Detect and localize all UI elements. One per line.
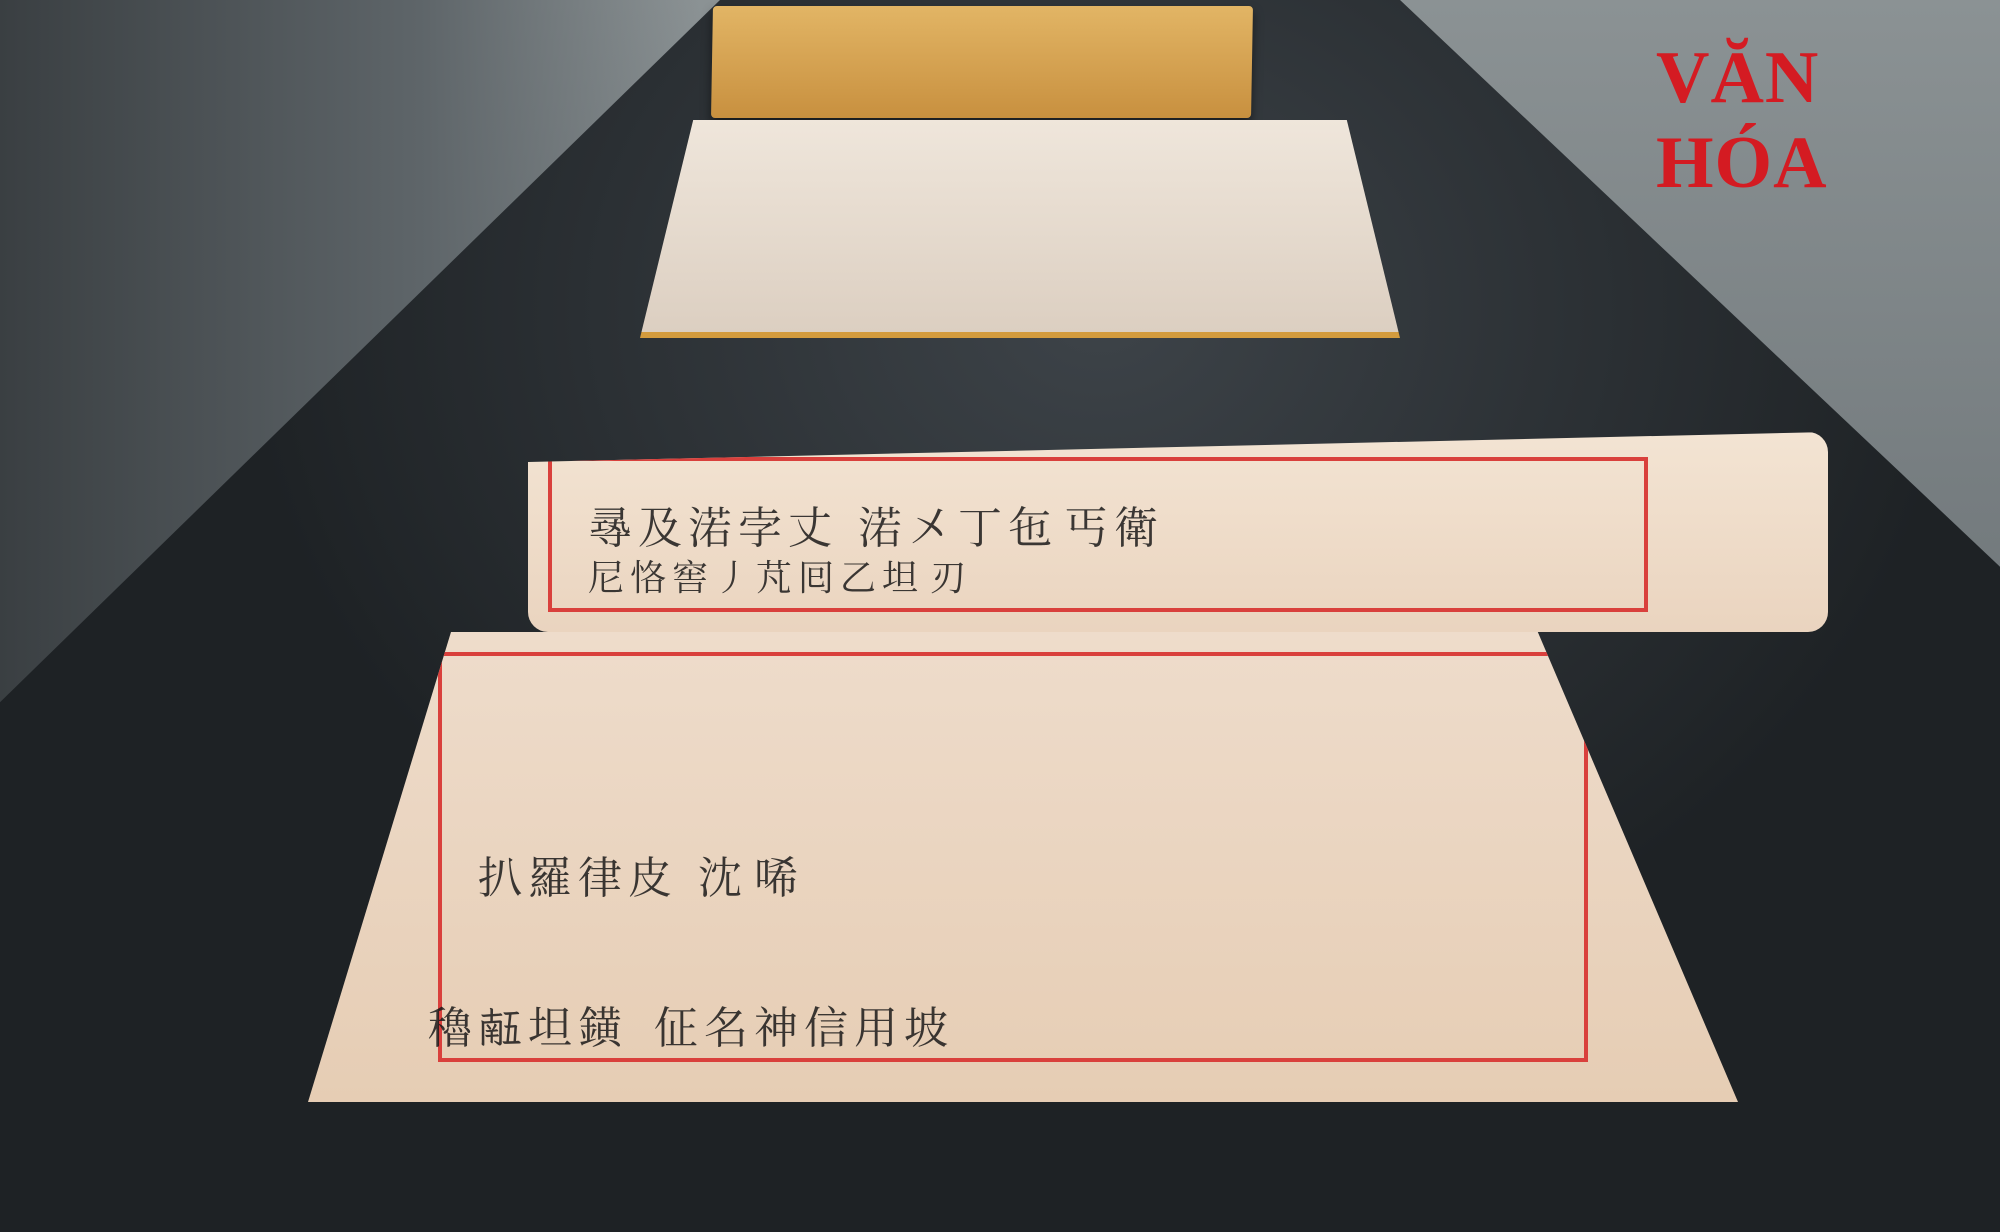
- far-yellow-book: [711, 6, 1253, 118]
- upper-line-2: 尼恪窖丿芃囘乙坦𢬣刃: [588, 550, 972, 601]
- middle-open-book: [640, 120, 1400, 338]
- lower-line-1: 𢚸丕役剿𠀲仍哿干: [508, 692, 556, 743]
- lower-page: 𢚸丕役剿𠀲仍哿干 扒羅律皮 沈𠚢唏𧵑 穭𠄼坦鐄𥪝 佂名神信用坡: [308, 632, 1738, 1102]
- main-open-manuscript: 㝷及渃孛丈 渃㐅丁㐌𠓨丐衛 尼恪窖丿芃囘乙坦𢬣刃 𢚸丕役剿𠀲仍哿干 扒羅律皮 沈…: [308, 432, 1738, 1112]
- upper-line-1: 㝷及渃孛丈 渃㐅丁㐌𠓨丐衛: [588, 492, 1164, 556]
- upper-page: 㝷及渃孛丈 渃㐅丁㐌𠓨丐衛 尼恪窖丿芃囘乙坦𢬣刃: [528, 432, 1828, 632]
- lower-line-3: 穭𠄼坦鐄𥪝 佂名神信用坡: [428, 992, 954, 1056]
- lower-line-2: 扒羅律皮 沈𠚢唏𧵑: [478, 842, 810, 906]
- van-hoa-watermark: VĂN HÓA: [1656, 36, 2000, 206]
